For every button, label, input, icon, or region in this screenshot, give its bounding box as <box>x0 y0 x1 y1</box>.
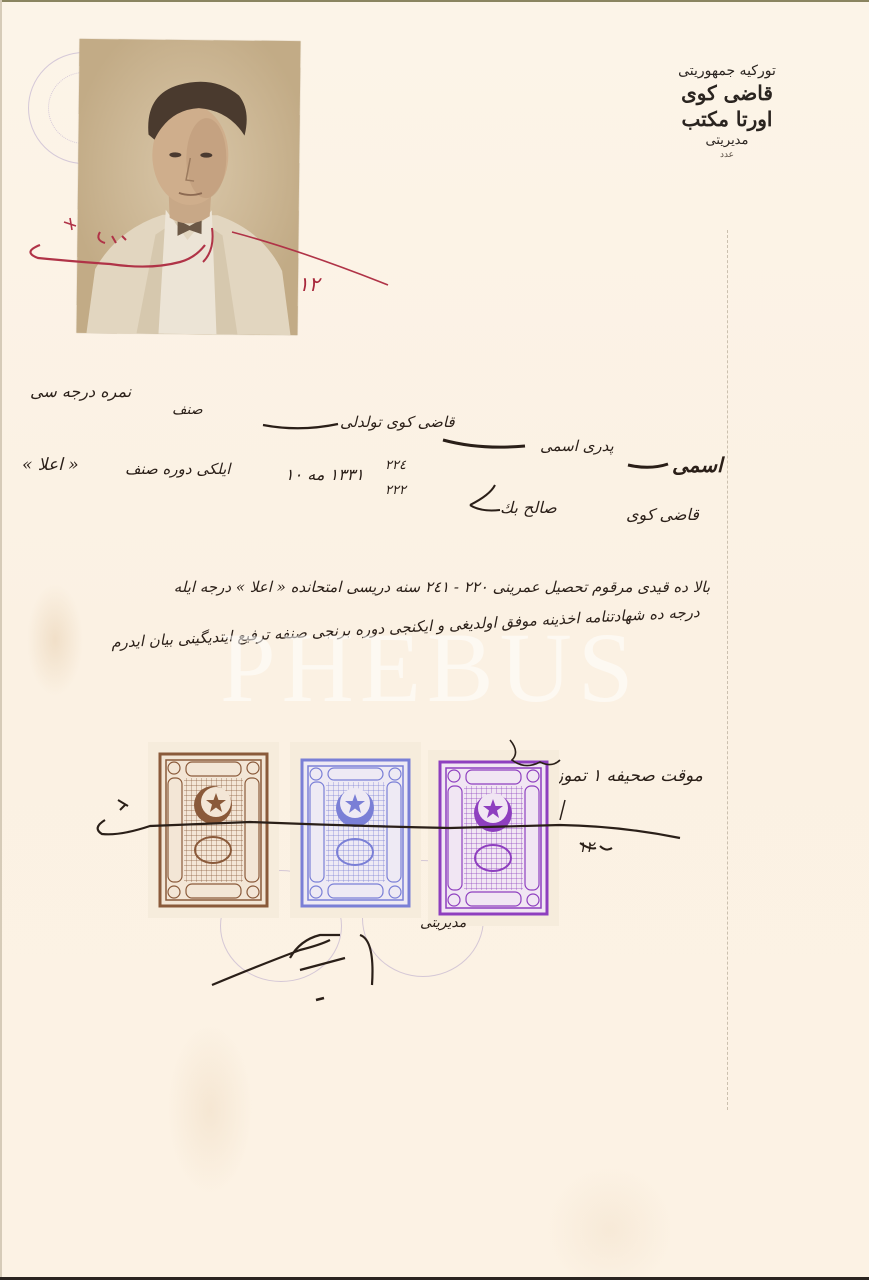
letterhead-line-1: تورکیه جمهوریتی <box>662 62 792 80</box>
letterhead-line-2: قاضی کوی اورتا مکتب <box>662 80 792 132</box>
row2-birthplace: قاضی کوی تولدلی <box>340 413 455 431</box>
row4-origin: قاضی کوی <box>626 505 699 524</box>
revenue-stamp-blue <box>290 742 421 918</box>
revenue-stamp-brown <box>148 742 279 918</box>
letterhead-line-4: عدد <box>662 149 792 161</box>
letterhead-line-3: مدیریتی <box>662 132 792 149</box>
portrait-photo <box>76 39 300 335</box>
row1-class-label: صنف <box>172 402 203 418</box>
revenue-stamp-purple <box>428 750 559 926</box>
row3-enrollment: ١٣٣١ مه ١٠ <box>285 465 364 484</box>
star-crescent-icon <box>436 758 551 918</box>
portrait-figure-icon <box>76 39 300 335</box>
row2-father-label: پدری اسمی <box>540 437 614 455</box>
date-line: موقت صحیفه ١ تموز <box>555 766 703 786</box>
star-crescent-icon <box>298 750 413 910</box>
row3-class-note: ایلکی دوره صنف <box>125 460 230 478</box>
star-crescent-icon <box>156 750 271 910</box>
photo-red-number: ١٢ <box>298 272 319 296</box>
row3-name-label: اسمی <box>672 453 723 477</box>
row4-father-name: صالح بك <box>500 498 557 517</box>
paragraph-line-1: بالا ده قیدی مرقوم تحصیل عمرینی ٢٢٠ - ٢٤… <box>30 578 710 596</box>
row3-date-2: ٢٢٢ <box>385 483 406 498</box>
director-label: مدیریتی <box>420 915 466 931</box>
row3-date-1: ٢٢٤ <box>385 458 406 473</box>
row3-grade: « اعلا » <box>22 455 79 475</box>
row1-number-label: نمره درجه سی <box>30 382 131 401</box>
marginal-number: ١٢ <box>578 838 594 856</box>
paper-top-edge <box>0 0 869 2</box>
fold-line <box>727 230 728 1110</box>
paper-left-edge <box>0 0 2 1280</box>
letterhead: تورکیه جمهوریتی قاضی کوی اورتا مکتب مدیر… <box>662 62 792 161</box>
